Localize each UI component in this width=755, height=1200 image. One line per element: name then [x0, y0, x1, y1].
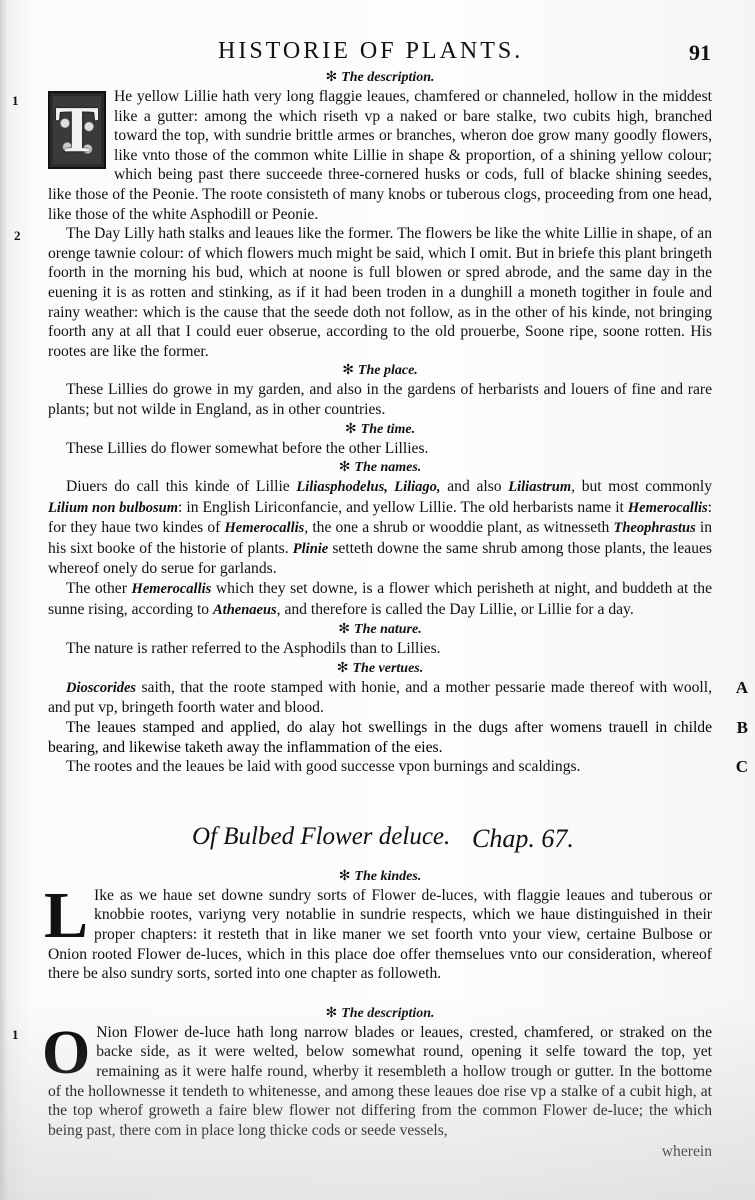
margin-marker-a: A [736, 678, 748, 698]
paragraph-number: 2 [14, 226, 21, 246]
book-page: HISTORIE OF PLANTS. 91 ✻The description.… [0, 0, 755, 1200]
chapter-title: Of Bulbed Flower deluce. [192, 817, 450, 857]
page-number: 91 [689, 40, 711, 66]
section-heading-place: ✻The place. [48, 361, 712, 380]
margin-marker-b: B [737, 718, 748, 738]
paragraph-text: Ike as we haue set downe sundry sorts of… [48, 886, 712, 984]
asterism-icon: ✻ [337, 661, 349, 676]
description-paragraph-1: 1 T He yellow Lillie hath very long flag… [48, 87, 712, 224]
section-heading-names: ✻The names. [48, 458, 712, 477]
asterism-icon: ✻ [325, 1006, 337, 1021]
time-text: These Lillies do flower somewhat before … [48, 439, 712, 459]
section-heading-description: ✻The description. [48, 68, 712, 87]
paragraph-number: 1 [12, 91, 19, 111]
asterism-icon: ✻ [325, 70, 337, 85]
running-head: HISTORIE OF PLANTS. 91 [0, 38, 755, 68]
paragraph-number: 1 [12, 1025, 19, 1045]
section-heading-time: ✻The time. [48, 420, 712, 439]
description-paragraph-onion: 1 O Nion Flower de-luce hath long narrow… [48, 1023, 712, 1141]
vertue-c: C The rootes and the leaues be laid with… [48, 757, 712, 777]
chapter-number: Chap. 67. [472, 819, 574, 859]
asterism-icon: ✻ [338, 622, 350, 637]
paragraph-text: The Day Lilly hath stalks and leaues lik… [48, 224, 712, 361]
asterism-icon: ✻ [339, 869, 351, 884]
vertue-b: B The leaues stamped and applied, do ala… [48, 718, 712, 757]
place-text: These Lillies do growe in my garden, and… [48, 380, 712, 419]
drop-cap-letter: O [42, 1027, 90, 1079]
section-heading-kindes: ✻The kindes. [48, 867, 712, 886]
section-heading-description-2: ✻The description. [48, 1004, 712, 1023]
names-paragraph-2: The other Hemerocallis which they set do… [48, 579, 712, 620]
description-paragraph-2: 2 The Day Lilly hath stalks and leaues l… [48, 224, 712, 361]
ornamental-initial-icon: T [48, 91, 106, 169]
page-content: ✻The description. 1 T He yellow Lillie h… [48, 68, 712, 1162]
drop-cap-letter: L [44, 888, 88, 944]
section-heading-vertues: ✻The vertues. [48, 659, 712, 678]
chapter-heading: Of Bulbed Flower deluce. Chap. 67. [48, 803, 712, 867]
paragraph-text: He yellow Lillie hath very long flaggie … [48, 87, 712, 224]
author-name: Dioscorides [66, 680, 136, 696]
running-title: HISTORIE OF PLANTS. [218, 38, 523, 65]
names-paragraph-1: Diuers do call this kinde of Lillie Lili… [48, 477, 712, 579]
margin-marker-c: C [736, 757, 748, 777]
vertue-a: A Dioscorides saith, that the roote stam… [48, 678, 712, 718]
catchword: wherein [48, 1142, 712, 1162]
section-heading-nature: ✻The nature. [48, 620, 712, 639]
asterism-icon: ✻ [342, 363, 354, 378]
kindes-paragraph: L Ike as we haue set downe sundry sorts … [48, 886, 712, 984]
asterism-icon: ✻ [339, 460, 351, 475]
nature-text: The nature is rather referred to the Asp… [48, 639, 712, 659]
paragraph-text: Nion Flower de-luce hath long narrow bla… [48, 1023, 712, 1141]
asterism-icon: ✻ [345, 422, 357, 437]
